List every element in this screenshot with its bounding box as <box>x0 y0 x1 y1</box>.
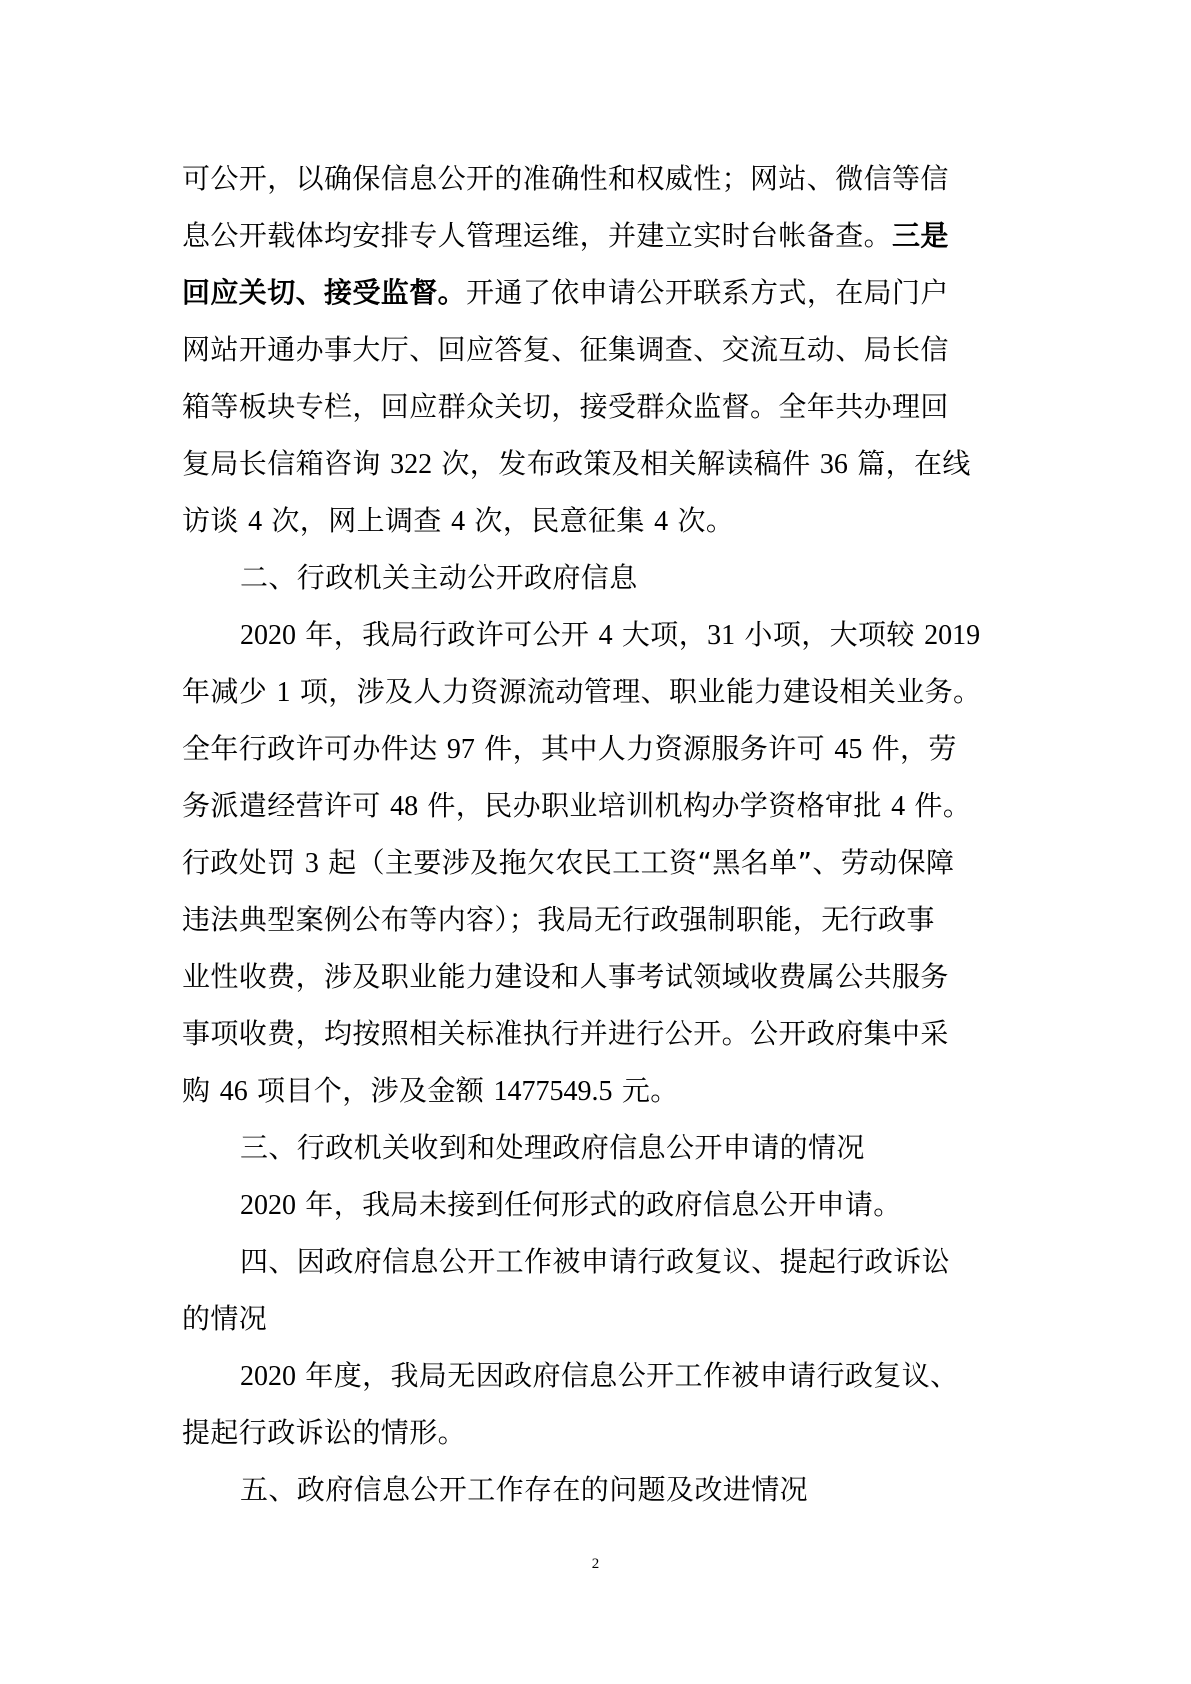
text-segment: 年度，我局无因政府信息公开工作被申请行政复议、 <box>296 1359 959 1392</box>
number-segment: 4 <box>891 791 905 822</box>
text-segment: 的情况 <box>182 1302 267 1335</box>
text-segment: 务派遣经营许可 <box>182 789 390 822</box>
text-line: 2020 年，我局未接到任何形式的政府信息公开申请。 <box>182 1184 1012 1241</box>
number-segment: 31 <box>707 620 735 651</box>
text-segment: 业性收费，涉及职业能力建设和人事考试领域收费属公共服务 <box>182 960 949 993</box>
text-line: 访谈 4 次，网上调查 4 次，民意征集 4 次。 <box>182 500 1012 557</box>
text-segment: 次，发布政策及相关解读稿件 <box>432 447 820 480</box>
text-segment: 事项收费，均按照相关标准执行并进行公开。公开政府集中采 <box>182 1017 949 1050</box>
number-segment: 4 <box>599 620 613 651</box>
text-line: 务派遣经营许可 48 件，民办职业培训机构办学资格审批 4 件。 <box>182 785 1012 842</box>
number-segment: 36 <box>820 449 848 480</box>
text-segment: 三、行政机关收到和处理政府信息公开申请的情况 <box>240 1131 865 1164</box>
text-segment: 小项，大项较 <box>735 618 924 651</box>
number-segment: 4 <box>451 506 465 537</box>
bold-text-segment: 三是 <box>892 219 949 252</box>
text-segment: 四、因政府信息公开工作被申请行政复议、提起行政诉讼 <box>240 1245 950 1278</box>
number-segment: 1477549.5 <box>494 1076 613 1107</box>
text-segment: 大项， <box>613 618 708 651</box>
bold-text-segment: 回应关切、接受监督。 <box>182 276 466 309</box>
text-line: 箱等板块专栏，回应群众关切，接受群众监督。全年共办理回 <box>182 386 1012 443</box>
text-segment: 年减少 <box>182 675 277 708</box>
text-line: 违法典型案例公布等内容）；我局无行政强制职能，无行政事 <box>182 899 1012 956</box>
section-heading-line: 的情况 <box>182 1298 1012 1355</box>
text-segment: 全年行政许可办件达 <box>182 732 447 765</box>
text-line: 可公开，以确保信息公开的准确性和权威性；网站、微信等信 <box>182 158 1012 215</box>
text-segment: 开通了依申请公开联系方式，在局门户 <box>466 276 949 309</box>
text-segment: 访谈 <box>182 504 248 537</box>
text-segment: 件，民办职业培训机构办学资格审批 <box>418 789 891 822</box>
text-segment: 次，网上调查 <box>262 504 451 537</box>
text-line: 购 46 项目个，涉及金额 1477549.5 元。 <box>182 1070 1012 1127</box>
text-segment: 元。 <box>613 1074 679 1107</box>
number-segment: 2020 <box>240 1190 296 1221</box>
text-segment: 年，我局行政许可公开 <box>296 618 599 651</box>
text-segment: 息公开载体均安排专人管理运维，并建立实时台帐备查。 <box>182 219 892 252</box>
text-segment: 起（主要涉及拖欠农民工工资“黑名单”、劳动保障 <box>319 846 955 879</box>
text-line: 2020 年，我局行政许可公开 4 大项，31 小项，大项较 2019 <box>182 614 1012 671</box>
document-page: 可公开，以确保信息公开的准确性和权威性；网站、微信等信息公开载体均安排专人管理运… <box>0 0 1191 1684</box>
text-segment: 次，民意征集 <box>465 504 654 537</box>
text-segment: 可公开，以确保信息公开的准确性和权威性；网站、微信等信 <box>182 162 949 195</box>
text-segment: 网站开通办事大厅、回应答复、征集调查、交流互动、局长信 <box>182 333 949 366</box>
number-segment: 97 <box>447 734 475 765</box>
number-segment: 2019 <box>924 620 980 651</box>
page-number: 2 <box>0 1556 1191 1573</box>
text-segment: 行政处罚 <box>182 846 305 879</box>
text-line: 业性收费，涉及职业能力建设和人事考试领域收费属公共服务 <box>182 956 1012 1013</box>
number-segment: 322 <box>390 449 432 480</box>
text-segment: 篇，在线 <box>848 447 971 480</box>
text-segment: 年，我局未接到任何形式的政府信息公开申请。 <box>296 1188 902 1221</box>
text-segment: 复局长信箱咨询 <box>182 447 390 480</box>
section-heading-line: 五、政府信息公开工作存在的问题及改进情况 <box>182 1469 1012 1526</box>
document-body: 可公开，以确保信息公开的准确性和权威性；网站、微信等信息公开载体均安排专人管理运… <box>182 158 1012 1526</box>
number-segment: 48 <box>390 791 418 822</box>
text-segment: 提起行政诉讼的情形。 <box>182 1416 466 1449</box>
number-segment: 2020 <box>240 1361 296 1392</box>
text-line: 提起行政诉讼的情形。 <box>182 1412 1012 1469</box>
text-line: 复局长信箱咨询 322 次，发布政策及相关解读稿件 36 篇，在线 <box>182 443 1012 500</box>
text-line: 年减少 1 项，涉及人力资源流动管理、职业能力建设相关业务。 <box>182 671 1012 728</box>
section-heading-line: 三、行政机关收到和处理政府信息公开申请的情况 <box>182 1127 1012 1184</box>
text-segment: 件。 <box>905 789 971 822</box>
text-segment: 箱等板块专栏，回应群众关切，接受群众监督。全年共办理回 <box>182 390 949 423</box>
text-segment: 二、行政机关主动公开政府信息 <box>240 561 638 594</box>
number-segment: 45 <box>834 734 862 765</box>
section-heading-line: 二、行政机关主动公开政府信息 <box>182 557 1012 614</box>
number-segment: 4 <box>654 506 668 537</box>
text-segment: 件，劳 <box>862 732 957 765</box>
text-line: 回应关切、接受监督。开通了依申请公开联系方式，在局门户 <box>182 272 1012 329</box>
section-heading-line: 四、因政府信息公开工作被申请行政复议、提起行政诉讼 <box>182 1241 1012 1298</box>
text-segment: 项目个，涉及金额 <box>248 1074 494 1107</box>
text-segment: 件，其中人力资源服务许可 <box>475 732 834 765</box>
number-segment: 3 <box>305 848 319 879</box>
text-segment: 违法典型案例公布等内容）；我局无行政强制职能，无行政事 <box>182 903 935 936</box>
text-line: 事项收费，均按照相关标准执行并进行公开。公开政府集中采 <box>182 1013 1012 1070</box>
text-line: 息公开载体均安排专人管理运维，并建立实时台帐备查。三是 <box>182 215 1012 272</box>
text-segment: 次。 <box>668 504 734 537</box>
text-segment: 五、政府信息公开工作存在的问题及改进情况 <box>240 1473 808 1506</box>
number-segment: 1 <box>277 677 291 708</box>
text-line: 2020 年度，我局无因政府信息公开工作被申请行政复议、 <box>182 1355 1012 1412</box>
text-line: 全年行政许可办件达 97 件，其中人力资源服务许可 45 件，劳 <box>182 728 1012 785</box>
text-line: 网站开通办事大厅、回应答复、征集调查、交流互动、局长信 <box>182 329 1012 386</box>
number-segment: 2020 <box>240 620 296 651</box>
text-segment: 购 <box>182 1074 220 1107</box>
number-segment: 4 <box>248 506 262 537</box>
text-segment: 项，涉及人力资源流动管理、职业能力建设相关业务。 <box>291 675 982 708</box>
text-line: 行政处罚 3 起（主要涉及拖欠农民工工资“黑名单”、劳动保障 <box>182 842 1012 899</box>
number-segment: 46 <box>220 1076 248 1107</box>
